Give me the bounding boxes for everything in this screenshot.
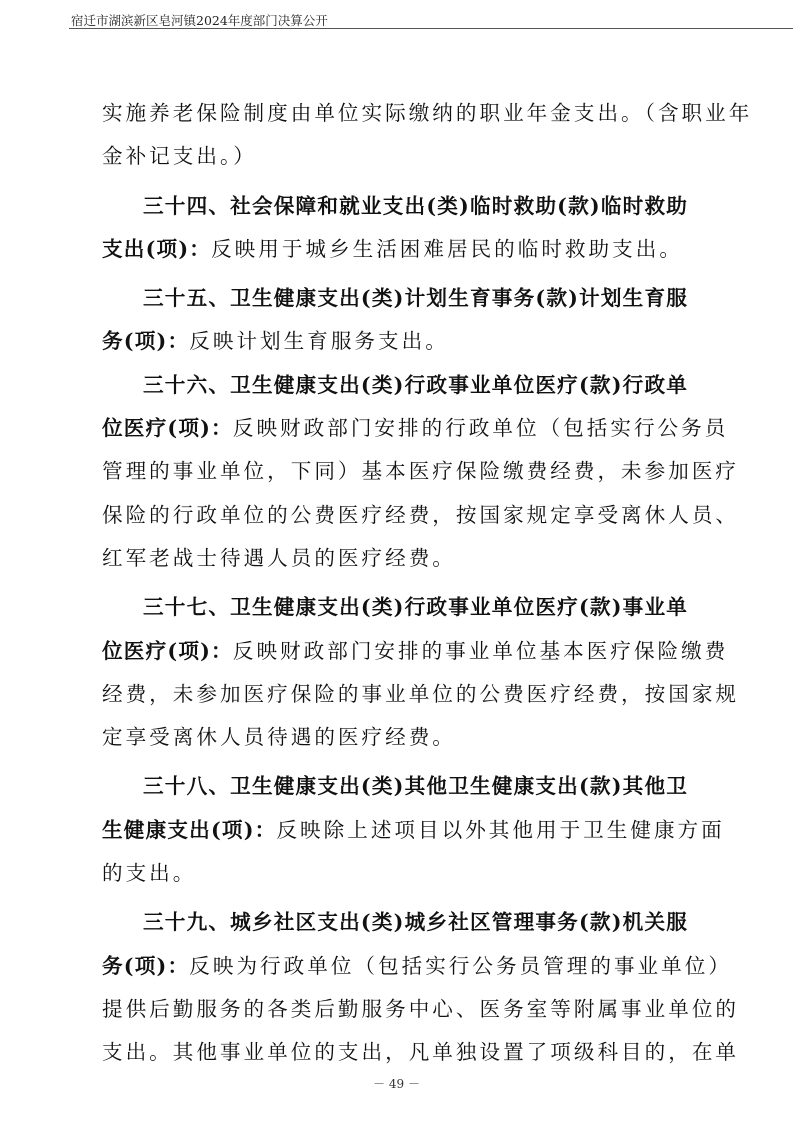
text-line: 实施养老保险制度由单位实际缴纳的职业年金支出。（含职业年 [102,92,700,135]
text-line: 管理的事业单位，下同）基本医疗保险缴费经费，未参加医疗 [102,450,700,493]
item-heading: 三十五、卫生健康支出(类)计划生育事务(款)计划生育服 [102,277,700,320]
text-line: 提供后勤服务的各类后勤服务中心、医务室等附属事业单位的 [102,988,700,1031]
paragraph-item-35: 三十五、卫生健康支出(类)计划生育事务(款)计划生育服 务(项)：反映计划生育服… [102,277,700,364]
paragraph-item-39: 三十九、城乡社区支出(类)城乡社区管理事务(款)机关服 务(项)：反映为行政单位… [102,901,700,1074]
item-heading: 三十四、社会保障和就业支出(类)临时救助(款)临时救助 [102,185,700,228]
page-number: － 49 － [0,1075,793,1092]
paragraph-item-36: 三十六、卫生健康支出(类)行政事业单位医疗(款)行政单 位医疗(项)：反映财政部… [102,364,700,580]
text-line: 保险的行政单位的公费医疗经费，按国家规定享受离休人员、 [102,494,700,537]
text-line: 支出(项)：反映用于城乡生活困难居民的临时救助支出。 [102,228,700,271]
item-heading: 三十八、卫生健康支出(类)其他卫生健康支出(款)其他卫 [102,765,700,808]
item-heading: 三十六、卫生健康支出(类)行政事业单位医疗(款)行政单 [102,364,700,407]
document-body: 实施养老保险制度由单位实际缴纳的职业年金支出。（含职业年 金补记支出。） 三十四… [102,92,700,1075]
text-line: 金补记支出。） [102,135,700,178]
text-line: 务(项)：反映为行政单位（包括实行公务员管理的事业单位） [102,945,700,988]
text-line: 经费，未参加医疗保险的事业单位的公费医疗经费，按国家规 [102,673,700,716]
text-line: 位医疗(项)：反映财政部门安排的行政单位（包括实行公务员 [102,407,700,450]
paragraph-item-38: 三十八、卫生健康支出(类)其他卫生健康支出(款)其他卫 生健康支出(项)：反映除… [102,765,700,895]
paragraph-continuation: 实施养老保险制度由单位实际缴纳的职业年金支出。（含职业年 金补记支出。） [102,92,700,179]
item-heading: 三十九、城乡社区支出(类)城乡社区管理事务(款)机关服 [102,901,700,944]
text-line: 支出。其他事业单位的支出，凡单独设置了项级科目的，在单 [102,1031,700,1074]
item-heading: 三十七、卫生健康支出(类)行政事业单位医疗(款)事业单 [102,586,700,629]
text-line: 位医疗(项)：反映财政部门安排的事业单位基本医疗保险缴费 [102,630,700,673]
text-line: 生健康支出(项)：反映除上述项目以外其他用于卫生健康方面 [102,809,700,852]
running-header: 宿迁市湖滨新区皂河镇2024年度部门决算公开 [69,10,793,29]
paragraph-item-37: 三十七、卫生健康支出(类)行政事业单位医疗(款)事业单 位医疗(项)：反映财政部… [102,586,700,759]
text-line: 的支出。 [102,852,700,895]
header-title: 宿迁市湖滨新区皂河镇2024年度部门决算公开 [71,11,328,29]
text-line: 务(项)：反映计划生育服务支出。 [102,320,700,363]
text-line: 红军老战士待遇人员的医疗经费。 [102,537,700,580]
paragraph-item-34: 三十四、社会保障和就业支出(类)临时救助(款)临时救助 支出(项)：反映用于城乡… [102,185,700,272]
text-line: 定享受离休人员待遇的医疗经费。 [102,716,700,759]
